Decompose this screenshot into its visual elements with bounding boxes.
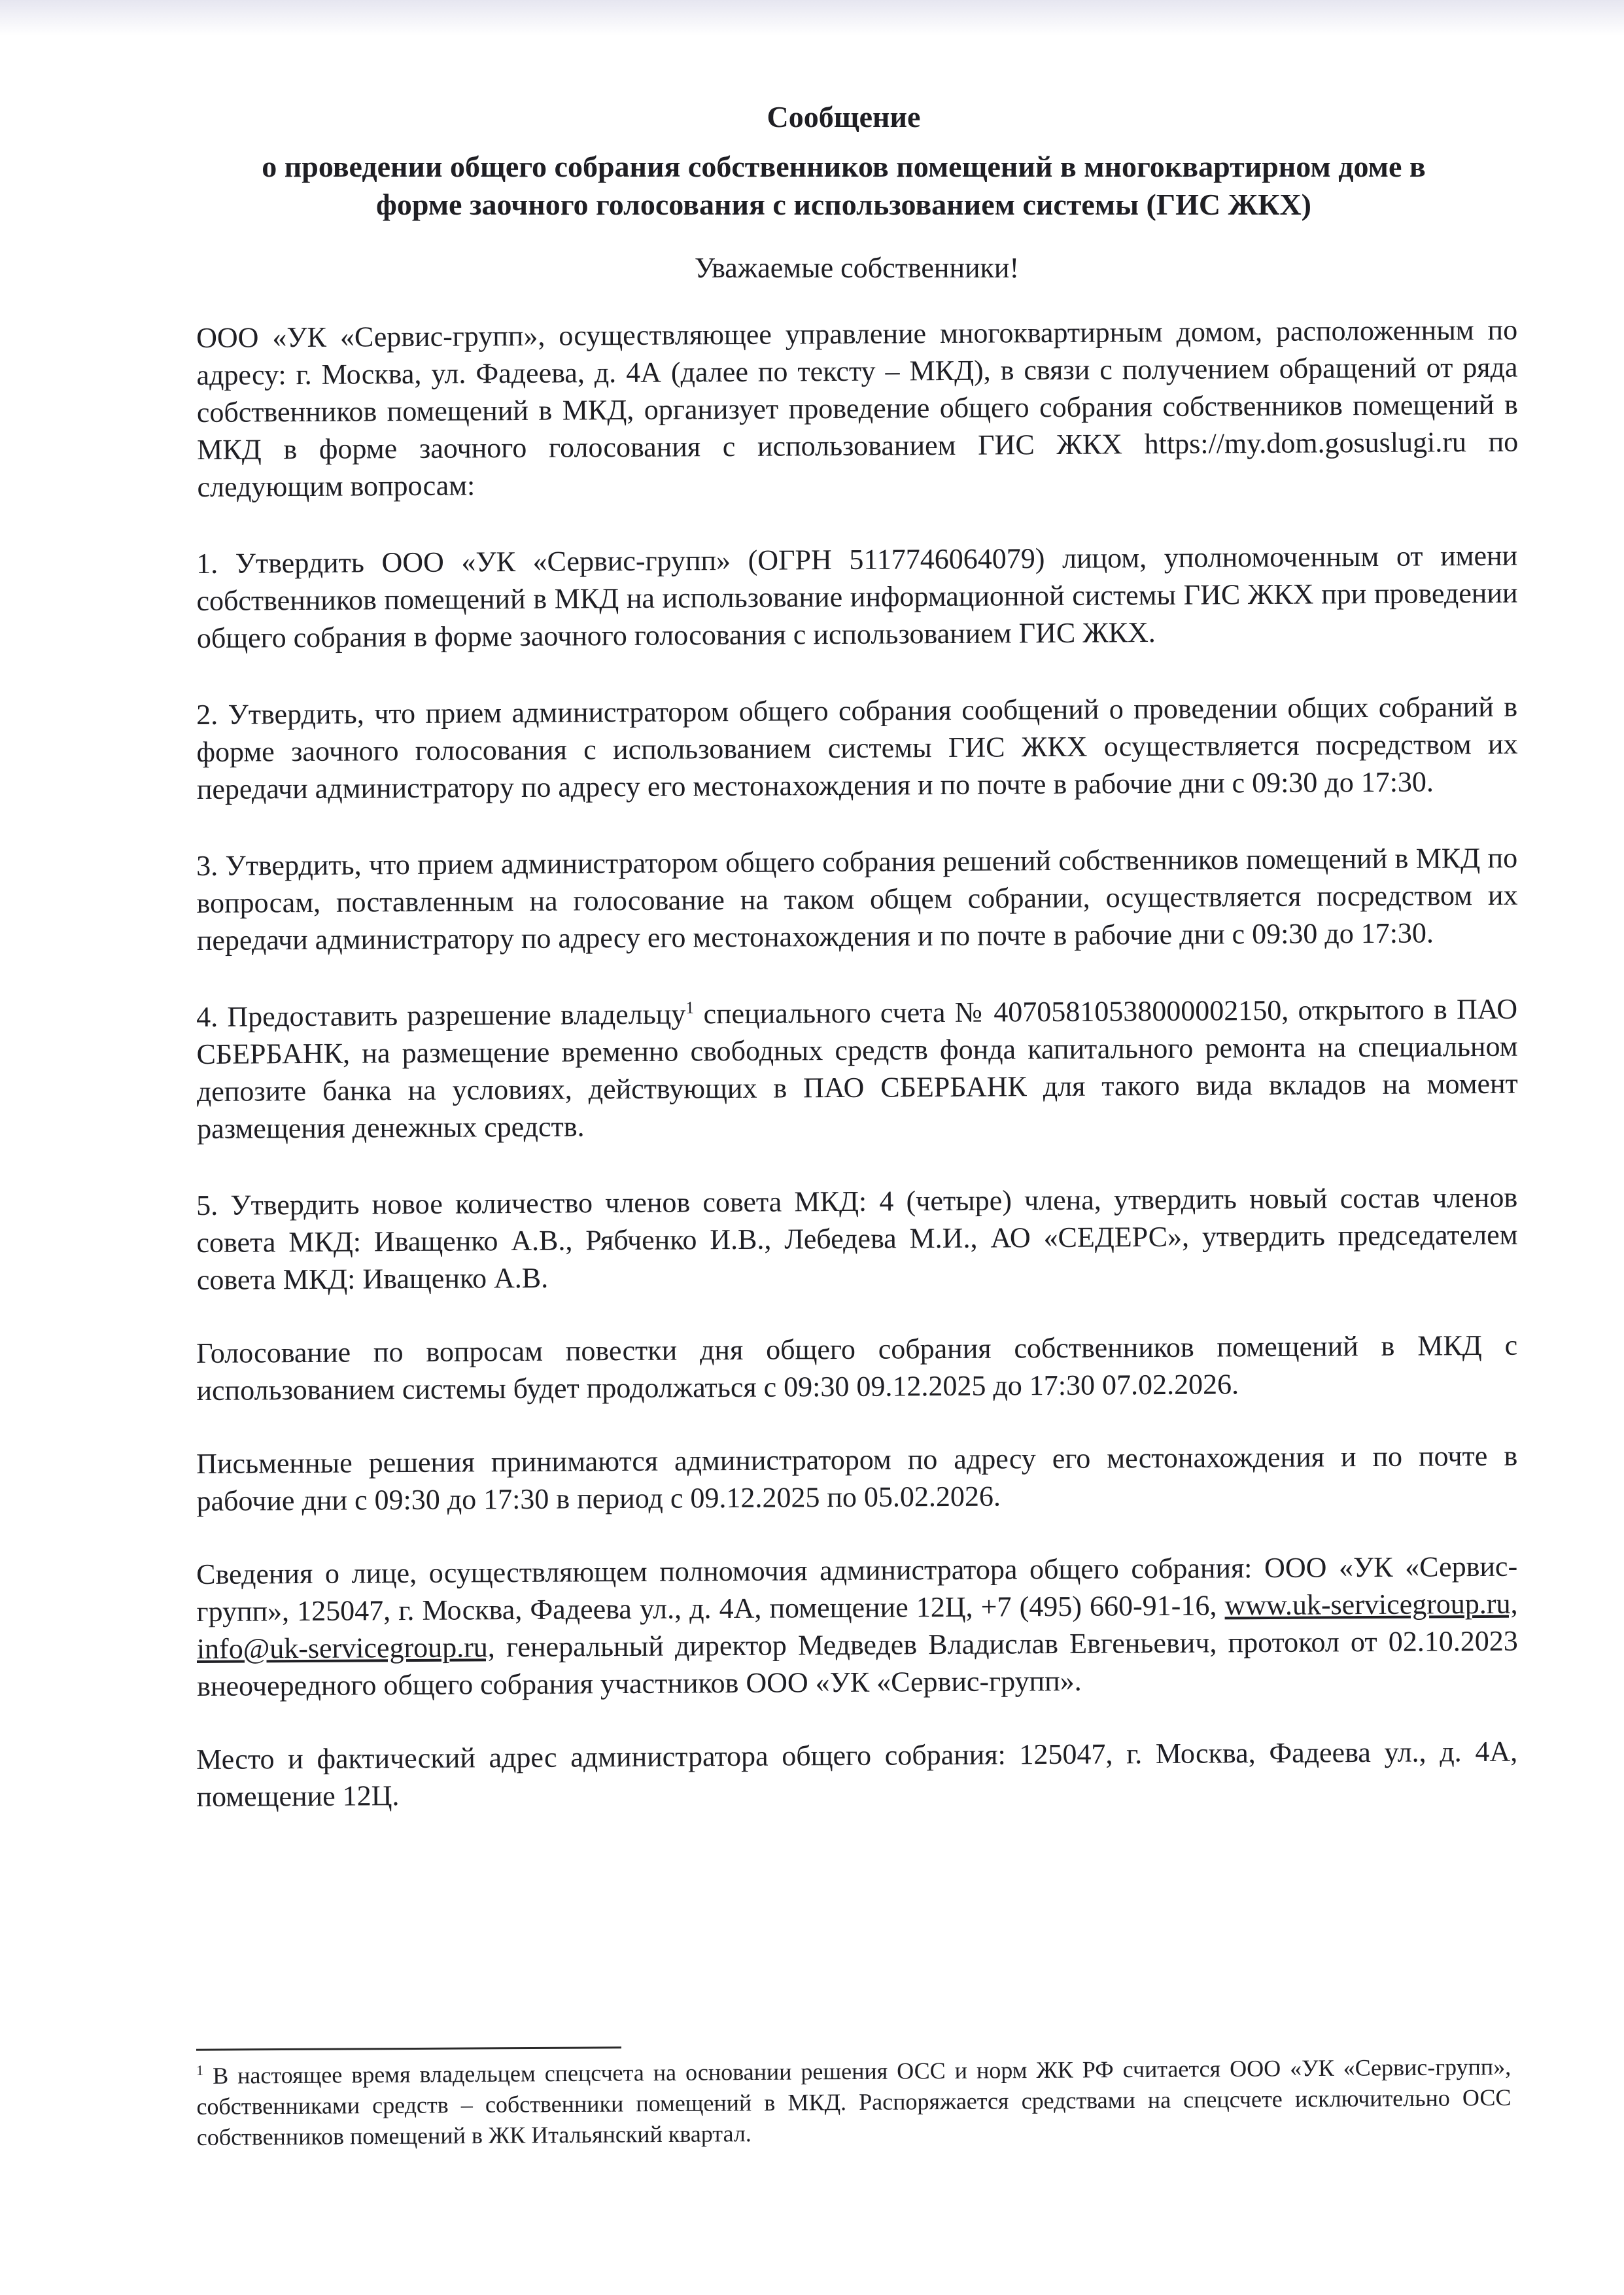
footnote-separator xyxy=(196,2046,621,2050)
footnote-text: В настоящее время владельцем спецсчета н… xyxy=(196,2054,1511,2150)
email-link[interactable]: info@uk-servicegroup.ru, xyxy=(197,1631,495,1665)
title-line-3: форме заочного голосования с использован… xyxy=(170,186,1517,224)
agenda-text: Утвердить ООО «УК «Сервис-групп» (ОГРН 5… xyxy=(196,540,1517,654)
intro-paragraph: ООО «УК «Сервис-групп», осуществляющее у… xyxy=(196,311,1519,506)
agenda-number: 1. xyxy=(196,548,218,580)
document-page: Сообщение о проведении общего собрания с… xyxy=(196,98,1517,1815)
agenda-number: 5. xyxy=(196,1189,218,1221)
agenda-item-1: 1. Утвердить ООО «УК «Сервис-групп» (ОГР… xyxy=(196,537,1518,657)
greeting: Уважаемые собственники! xyxy=(196,250,1517,287)
written-decisions-paragraph: Письменные решения принимаются администр… xyxy=(196,1437,1518,1520)
footnote-marker: 1 xyxy=(196,2062,203,2078)
agenda-text: Утвердить, что прием администратором общ… xyxy=(196,691,1517,805)
footnote-reference[interactable]: 1 xyxy=(685,998,694,1017)
agenda-number: 4. xyxy=(196,1001,218,1033)
agenda-item-3: 3. Утвердить, что прием администратором … xyxy=(196,839,1518,959)
document-title: Сообщение о проведении общего собрания с… xyxy=(170,98,1517,224)
title-line-1: Сообщение xyxy=(170,98,1517,136)
voting-period-paragraph: Голосование по вопросам повестки дня общ… xyxy=(196,1327,1518,1409)
agenda-item-4: 4. Предоставить разрешение владельцу1 сп… xyxy=(196,990,1518,1147)
agenda-text: Утвердить, что прием администратором общ… xyxy=(196,842,1517,956)
scan-edge-shading xyxy=(0,0,1624,36)
agenda-item-2: 2. Утвердить, что прием администратором … xyxy=(196,688,1518,808)
agenda-text: Утвердить новое количество членов совета… xyxy=(196,1182,1517,1296)
agenda-item-5: 5. Утвердить новое количество членов сов… xyxy=(196,1179,1518,1299)
title-line-2: о проведении общего собрания собственник… xyxy=(170,148,1517,186)
website-link[interactable]: www.uk-servicegroup.ru, xyxy=(1224,1588,1517,1622)
footnote: 1 В настоящее время владельцем спецсчета… xyxy=(196,2052,1512,2153)
administrator-info-paragraph: Сведения о лице, осуществляющем полномоч… xyxy=(196,1548,1518,1705)
agenda-number: 2. xyxy=(196,699,218,731)
agenda-text-before-footnote: Предоставить разрешение владельцу xyxy=(227,998,685,1032)
agenda-number: 3. xyxy=(196,850,218,882)
administrator-address-paragraph: Место и фактический адрес администратора… xyxy=(196,1733,1518,1815)
